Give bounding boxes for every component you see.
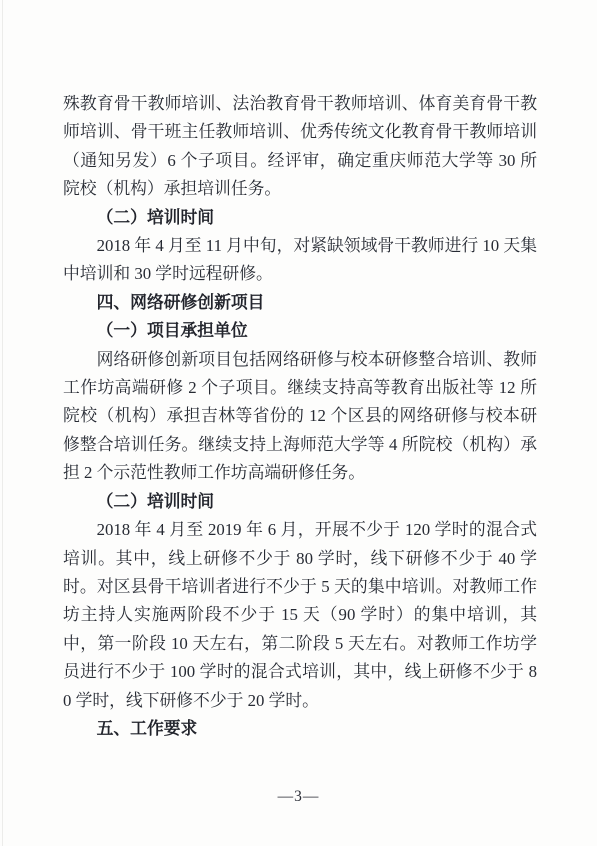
page-number: —3—: [0, 787, 597, 807]
paragraph-undertaking-units: 网络研修创新项目包括网络研修与校本研修整合培训、教师工作坊高端研修 2 个子项目…: [63, 346, 537, 488]
subsection-heading-undertaking-units: （一）项目承担单位: [63, 317, 537, 345]
paragraph-training-time-1: 2018 年 4 月至 11 月中旬，对紧缺领域骨干教师进行 10 天集中培训和…: [63, 232, 537, 289]
subsection-heading-training-time-2: （二）培训时间: [63, 488, 537, 516]
document-body: 殊教育骨干教师培训、法治教育骨干教师培训、体育美育骨干教师培训、骨干班主任教师培…: [63, 90, 537, 743]
document-page: 殊教育骨干教师培训、法治教育骨干教师培训、体育美育骨干教师培训、骨干班主任教师培…: [0, 0, 597, 846]
section-heading-work-requirements: 五、工作要求: [63, 715, 537, 743]
paragraph-training-time-2: 2018 年 4 月至 2019 年 6 月，开展不少于 120 学时的混合式培…: [63, 516, 537, 715]
paragraph-special-training: 殊教育骨干教师培训、法治教育骨干教师培训、体育美育骨干教师培训、骨干班主任教师培…: [63, 90, 537, 204]
subsection-heading-training-time-1: （二）培训时间: [63, 204, 537, 232]
page-left-edge: [2, 0, 3, 846]
section-heading-online-research-project: 四、网络研修创新项目: [63, 289, 537, 317]
